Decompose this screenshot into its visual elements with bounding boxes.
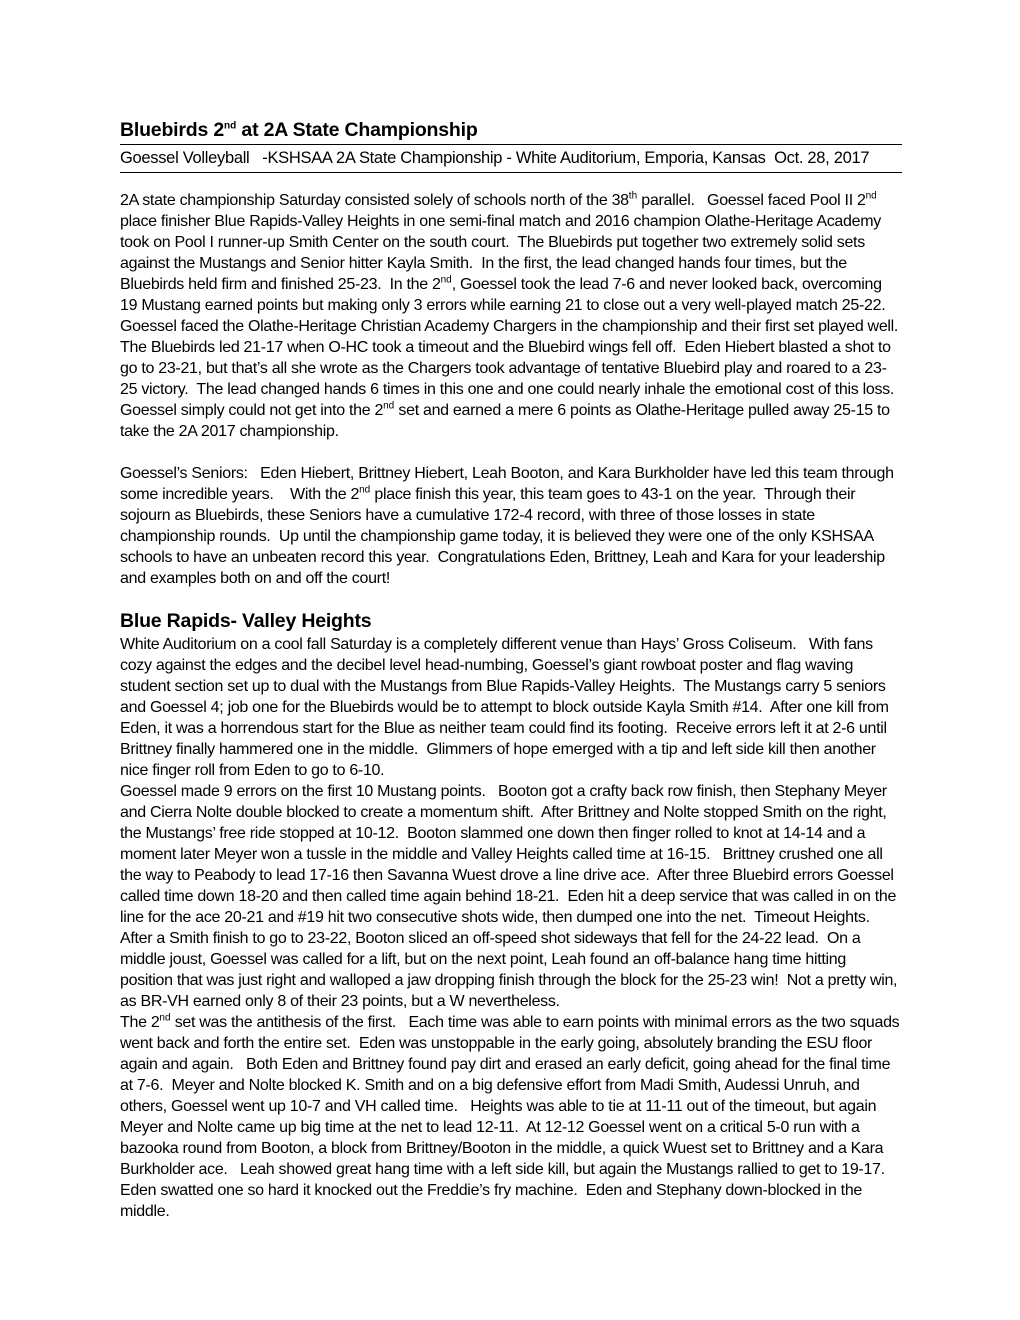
document-title: Bluebirds 2nd at 2A State Championship [120, 118, 902, 145]
paragraph-set1-part1: White Auditorium on a cool fall Saturday… [120, 634, 902, 781]
section-heading-blue-rapids-valley-heights: Blue Rapids- Valley Heights [120, 610, 902, 633]
document-header: Bluebirds 2nd at 2A State Championship G… [120, 118, 902, 173]
paragraph-seniors-tribute: Goessel’s Seniors: Eden Hiebert, Brittne… [120, 463, 902, 589]
paragraph-set2: The 2nd set was the antithesis of the fi… [120, 1012, 902, 1222]
paragraph-state-championship-recap: 2A state championship Saturday consisted… [120, 190, 902, 442]
paragraph-set1-part2: Goessel made 9 errors on the first 10 Mu… [120, 781, 902, 1012]
document-dateline: Goessel Volleyball -KSHSAA 2A State Cham… [120, 145, 902, 173]
document-page: Bluebirds 2nd at 2A State Championship G… [0, 0, 1020, 1222]
